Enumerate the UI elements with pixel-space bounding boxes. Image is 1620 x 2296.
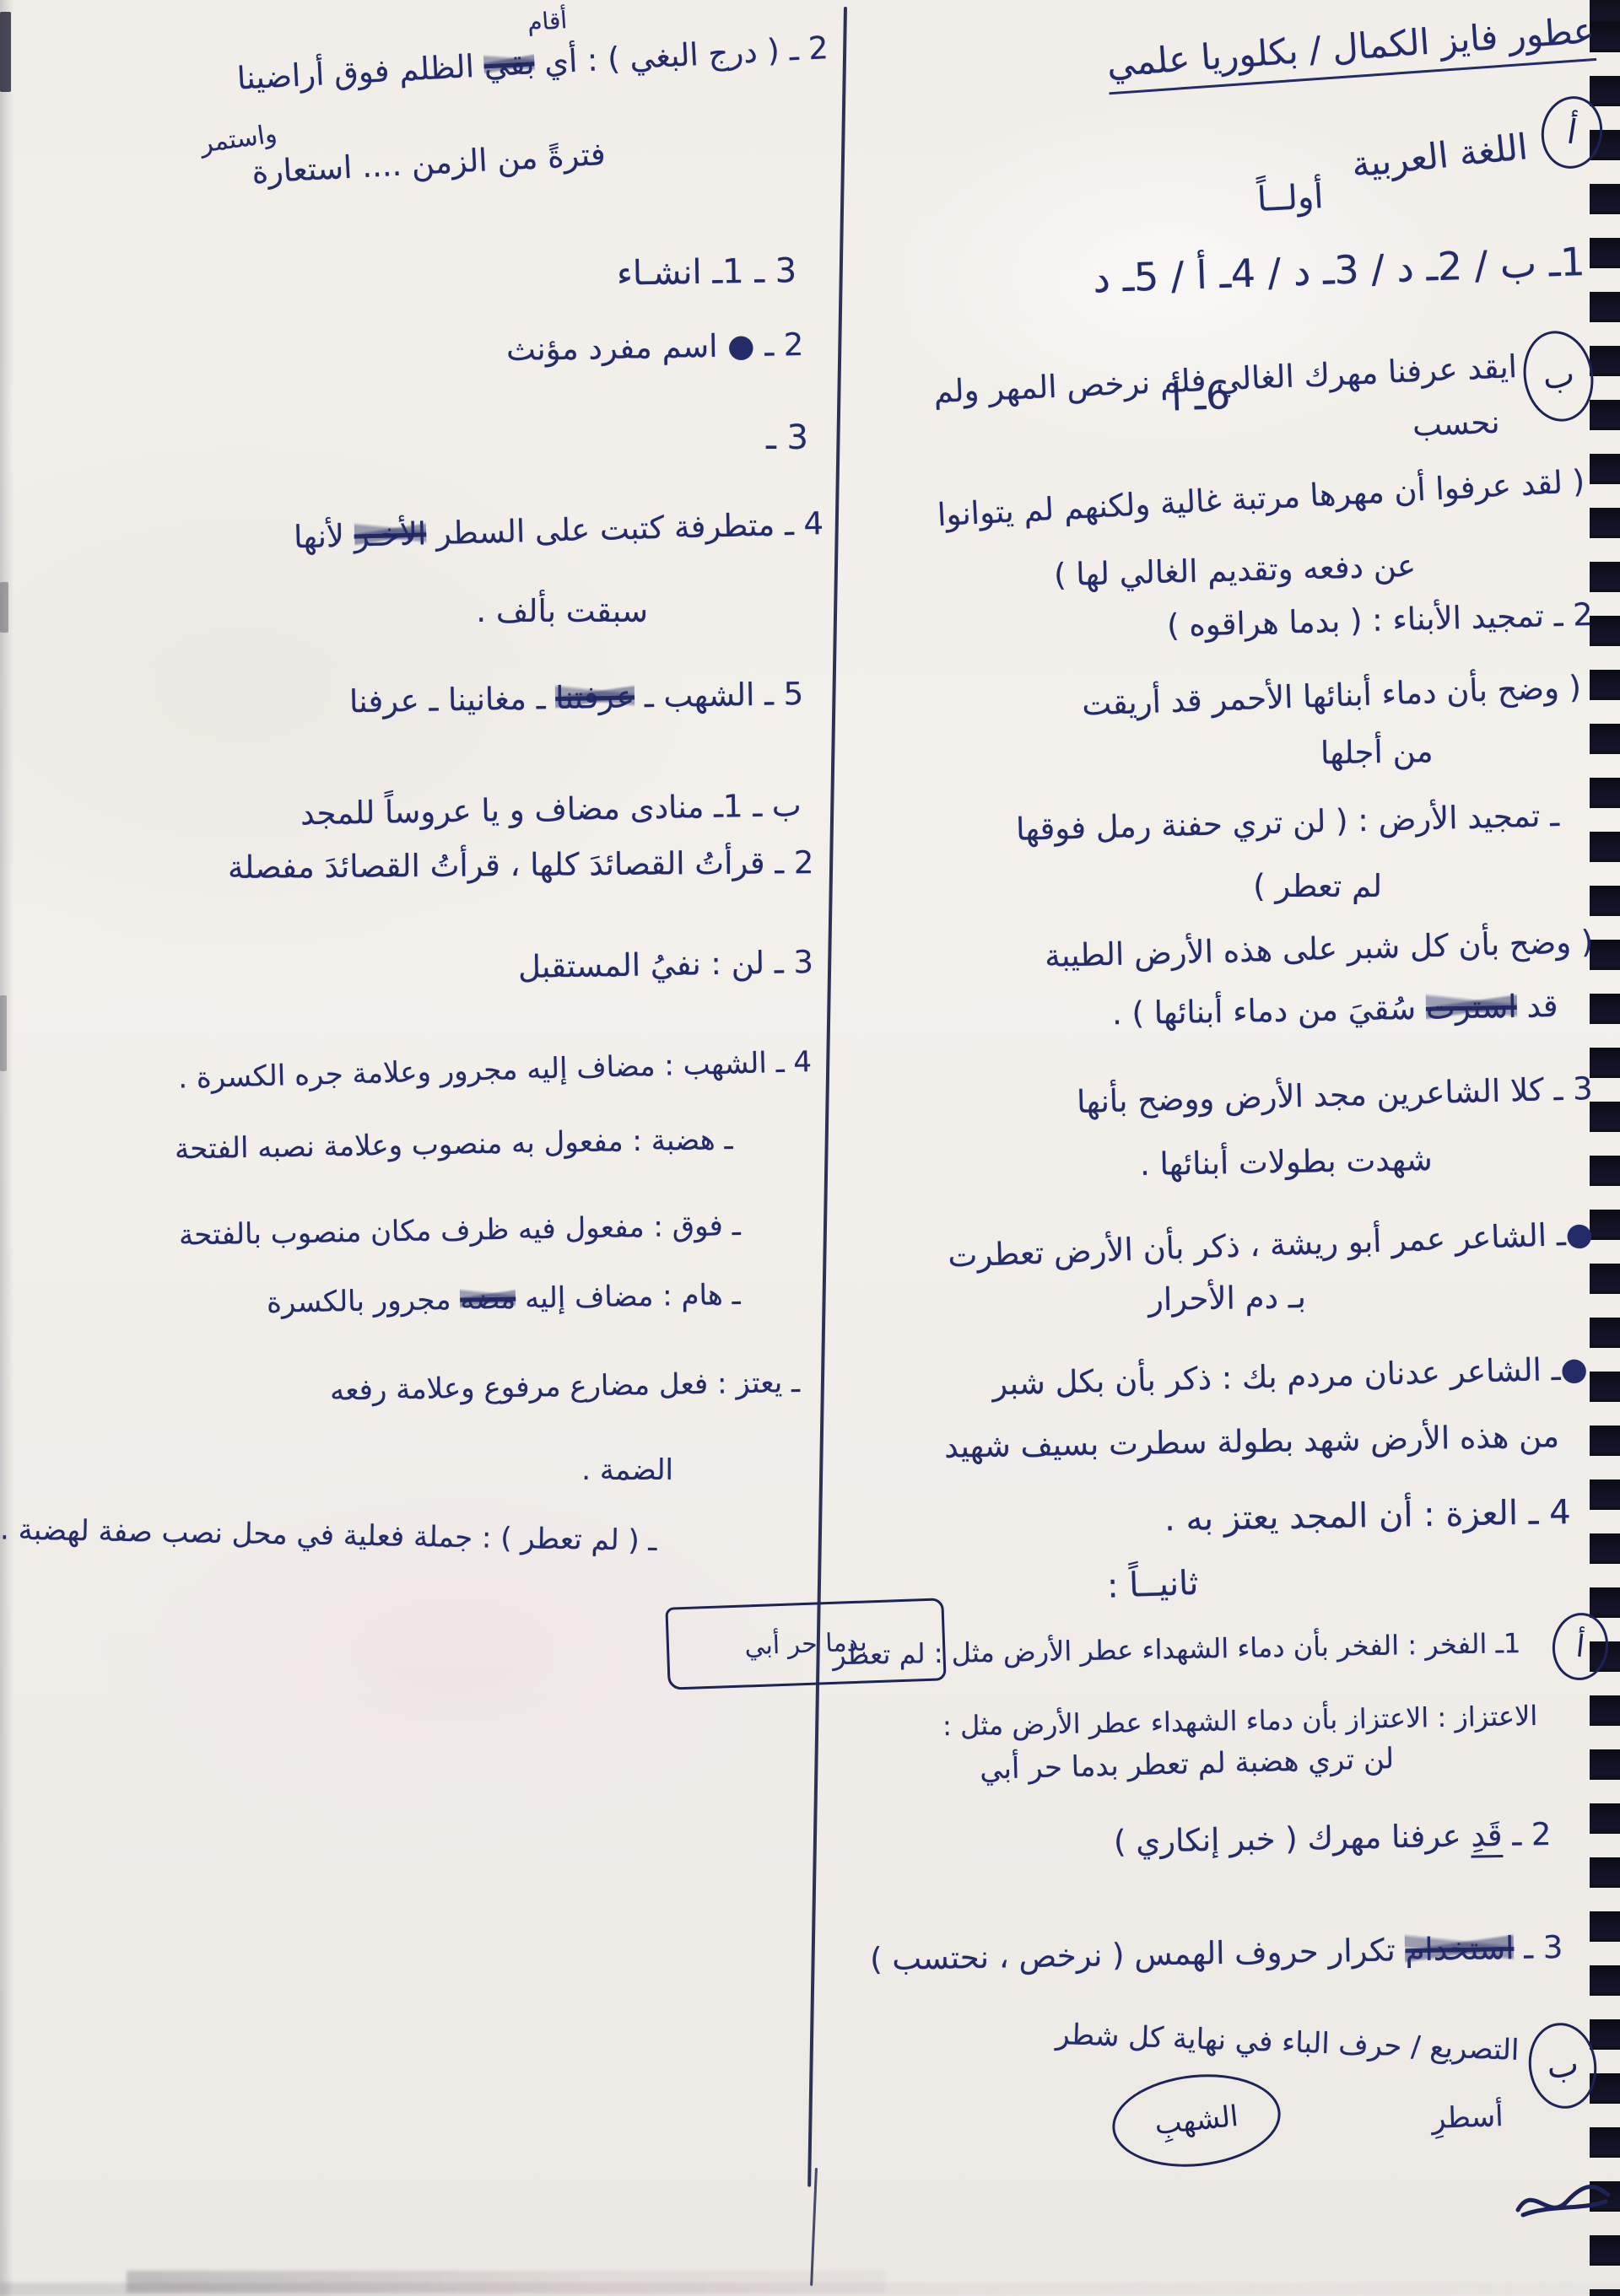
struck-word: مضه — [460, 1282, 516, 1317]
text-segment: مجرور بالكسرة — [267, 1283, 461, 1320]
inserted-word-above: أقام — [526, 5, 568, 37]
text-segment: 2 ـ ( درج البغي ) : أي — [534, 30, 829, 81]
second-a-line-2: الاعتزاز : الاعتزاز بأن دماء الشهداء عطر… — [942, 1699, 1538, 1743]
left-q2-line-2: فترةً من الزمن .... استعارة — [251, 135, 607, 192]
struck-word: بقي — [483, 45, 536, 84]
text-segment: تكرار حروف الهمس ( نرخص ، نحتسب ) — [869, 1932, 1405, 1977]
left-q3-item-4: 4 ـ متطرفة كتبت على السطر الأخـر لأنها — [294, 504, 824, 558]
text-segment: الظلم فوق أراضينا — [236, 47, 485, 96]
part2-b-label: ب — [1544, 2045, 1581, 2088]
subject-title: اللغة العربية — [1349, 125, 1530, 187]
q2-answer-line-5: لم تعطر ) — [1253, 867, 1382, 906]
second-a-line-3: لن تري هضبة لم تعطر بدما حر أبي — [980, 1741, 1395, 1787]
q3-answer-line-2: شهدت بطولات أبنائها . — [1140, 1140, 1433, 1184]
q3-answer-line-4: بـ دم الأحرار — [1148, 1278, 1307, 1320]
left-parsing-line-4: ـ هام : مضاف إليه مضه مجرور بالكسرة — [267, 1277, 741, 1321]
q2-answer-line-7: قد استرت سُقيَ من دماء أبنائها ) . — [1111, 987, 1558, 1033]
text-segment: ـ هام : مضاف إليه — [516, 1278, 741, 1316]
struck-word: الأخـر — [354, 515, 427, 553]
left-page-edge — [0, 0, 13, 2296]
explanation-line-1: ( لقد عرفوا أن مهرها مرتبة غالية ولكنهم … — [937, 462, 1585, 535]
left-q5-line: 5 ـ الشهب ـ عرفتنا ـ مغانينا ـ عرفنا — [348, 675, 803, 722]
q2-answer-line-1: 2 ـ تمجيد الأبناء : ( بدما هراقوه ) — [1167, 596, 1594, 645]
left-q2-line-1: 2 ـ ( درج البغي ) : أي بقي الظلم فوق أرا… — [236, 29, 829, 99]
text-segment: قد — [1516, 988, 1558, 1025]
left-b-line-3: 3 ـ لن : نفيُ المستقبل — [518, 943, 814, 987]
q3-answer-line-3: ●ـ الشاعر عمر أبو ريشة ، ذكر بأن الأرض ت… — [948, 1215, 1594, 1276]
q2-answer-line-3: من أجلها — [1320, 732, 1433, 773]
q3-answer-line-1: 3 ـ كلا الشاعرين مجد الأرض ووضح بأنها — [1077, 1070, 1594, 1122]
underlined-word: قَدِ — [1471, 1817, 1503, 1858]
text-segment: ـ مغانينا ـ عرفنا — [348, 680, 555, 720]
part-b-circle: ب — [1516, 326, 1601, 428]
left-q3-item-2: 2 ـ ● اسم مفرد مؤنث — [505, 326, 803, 369]
edge-mark — [0, 582, 8, 633]
signature-mark — [1515, 2176, 1612, 2229]
left-parsing-line-3: ـ فوق : مفعول فيه ظرف مكان منصوب بالفتحة — [179, 1208, 741, 1253]
struck-word: عرفتنا — [555, 678, 635, 716]
scanned-answer-sheet: عطور فايز الكمال / بكلوريا علمي أ اللغة … — [0, 0, 1620, 2296]
left-b-line-2: 2 ـ قرأتُ القصائدَ كلها ، قرأتُ القصائدَ… — [227, 843, 813, 887]
boxed-phrase: بدما حر أبي — [744, 1627, 867, 1661]
q4-answer-line: 4 ـ العزة : أن المجد يعتز به . — [1164, 1491, 1571, 1540]
text-segment: 4 ـ متطرفة كتبت على السطر — [426, 505, 824, 552]
text-segment: 3 ـ — [1514, 1929, 1563, 1966]
text-segment: لأنها — [294, 518, 355, 556]
column-divider-line — [807, 7, 847, 2187]
part-a-label: أ — [1564, 112, 1579, 152]
second-b-line: التصريع / حرف الباء في نهاية كل شطر — [1055, 2017, 1519, 2069]
spiral-binding-marks — [1590, 0, 1620, 2296]
annotation-box: بدما حر أبي — [665, 1598, 946, 1690]
column-divider-line-tail — [810, 2168, 818, 2286]
first-section-label: أولــاً — [1256, 175, 1325, 221]
text-segment: عرفنا مهرك ( خبر إنكاري ) — [1113, 1818, 1471, 1860]
left-q3-item-1: 3 ـ 1ـ انشـاء — [616, 250, 796, 295]
q2-answer-line-2: ( وضح بأن دماء أبنائها الأحمر قد أريقت — [1082, 668, 1582, 725]
text-segment: 5 ـ الشهب ـ — [634, 676, 803, 714]
explanation-line-2: عن دفعه وتقديم الغالي لها ) — [1054, 547, 1417, 595]
student-name-line: عطور فايز الكمال / بكلوريا علمي — [1105, 8, 1596, 94]
q2-answer-line-6: ( وضح بأن كل شبر على هذه الأرض الطيبة — [1044, 923, 1593, 976]
edge-mark — [0, 12, 11, 92]
left-q3-item-3: 3 ـ — [766, 417, 808, 459]
q2-answer-line-4: ـ تمجيد الأرض : ( لن تري حفنة رمل فوقها — [1016, 796, 1560, 849]
poem-verse-line-2: نحسب — [1412, 403, 1501, 445]
second-b-word-2: الشهبِ — [1153, 2099, 1240, 2142]
circled-word: الشهبِ — [1108, 2067, 1285, 2175]
part2-a-label: أ — [1574, 1629, 1586, 1664]
q3-answer-line-5: ●ـ الشاعر عدنان مردم بك : ذكر بأن بكل شب… — [992, 1350, 1589, 1404]
text-segment: 2 ـ — [1502, 1816, 1552, 1853]
edge-mark — [0, 995, 7, 1071]
struck-word: استخدام — [1405, 1930, 1515, 1968]
part-b-label: ب — [1539, 354, 1577, 398]
mcq-answers-line: 1ـ ب / 2ـ د / 3ـ د / 4ـ أ / 5ـ د — [1092, 238, 1585, 304]
left-parsing-line-6: الضمة . — [581, 1453, 673, 1489]
left-parsing-line-1: 4 ـ الشهب : مضاف إليه مجرور وعلامة جره ا… — [178, 1044, 813, 1097]
second-section-label: ثانيــاً : — [1106, 1562, 1199, 1608]
text-segment: سُقيَ من دماء أبنائها ) . — [1111, 990, 1426, 1032]
second-b-word-1: أسطرِ — [1432, 2099, 1504, 2137]
left-parsing-line-7: ـ ( لم تعطر ) : جملة فعلية في محل نصب صف… — [0, 1512, 656, 1559]
left-parsing-line-2: ـ هضبة : مفعول به منصوب وعلامة نصبه الفت… — [174, 1122, 732, 1167]
left-parsing-line-5: ـ يعتز : فعل مضارع مرفوع وعلامة رفعه — [330, 1365, 801, 1409]
second-a-line-4: 2 ـ قَدِ عرفنا مهرك ( خبر إنكاري ) — [1113, 1815, 1551, 1862]
second-a-line-5: 3 ـ استخدام تكرار حروف الهمس ( نرخص ، نح… — [869, 1928, 1563, 1980]
left-b-line-1: ب ـ 1ـ منادى مضاف و يا عروساً للمجد — [300, 786, 802, 834]
struck-word: استرت — [1425, 989, 1516, 1027]
left-q3-item-4b: سبقت بألف . — [476, 592, 648, 631]
q3-answer-line-6: من هذه الأرض شهد بطولة سطرت بسيف شهيد — [944, 1417, 1560, 1467]
